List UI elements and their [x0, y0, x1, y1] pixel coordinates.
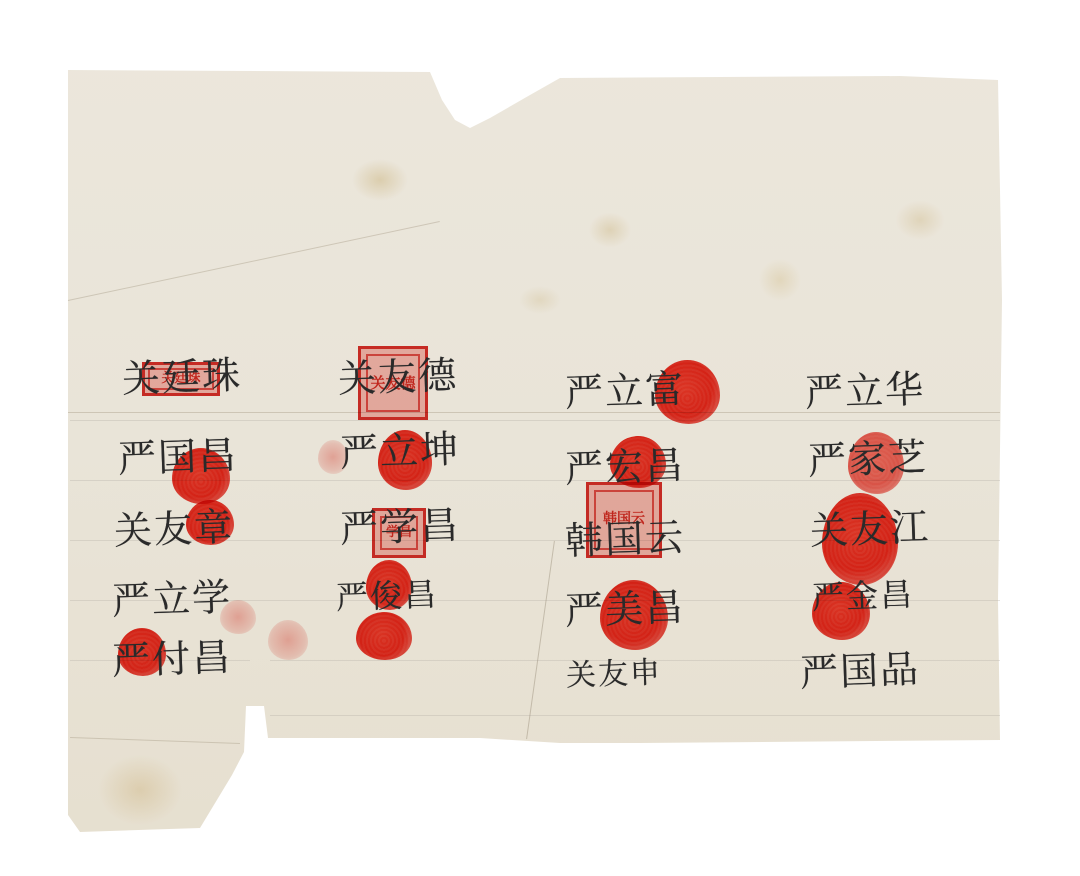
signature-name: 严立华 — [804, 370, 925, 412]
signature-name: 韩国云 — [564, 518, 685, 560]
signature-name: 关友江 — [809, 508, 930, 550]
ruled-line — [70, 420, 1000, 421]
red-fingerprint — [356, 612, 412, 660]
signature-name: 严金昌 — [811, 578, 914, 614]
signature-name: 严立富 — [564, 370, 685, 412]
faint-fingerprint — [268, 620, 308, 660]
ruled-line — [270, 715, 1000, 716]
signature-name: 严立学 — [111, 578, 232, 620]
signature-name: 关友章 — [113, 508, 234, 550]
signature-name: 严学昌 — [339, 506, 460, 548]
signature-name: 关廷珠 — [121, 356, 242, 398]
contract-paper: 关廷珠 关廷珠 严国昌 关友章 严立学 严付昌 关友德 学昌 关友德 严立坤 严… — [0, 0, 1080, 876]
signature-name: 关友申 — [566, 658, 663, 691]
signature-name: 严付昌 — [111, 638, 232, 680]
signature-name: 关友德 — [337, 356, 458, 398]
signature-name: 严俊昌 — [335, 578, 438, 614]
signature-name: 严家芝 — [807, 438, 928, 480]
signature-name: 严美昌 — [564, 588, 685, 630]
signature-name: 严国品 — [799, 650, 920, 692]
signature-name: 严国昌 — [117, 436, 238, 478]
signature-name: 严宏昌 — [564, 446, 685, 488]
signature-name: 严立坤 — [339, 430, 460, 472]
